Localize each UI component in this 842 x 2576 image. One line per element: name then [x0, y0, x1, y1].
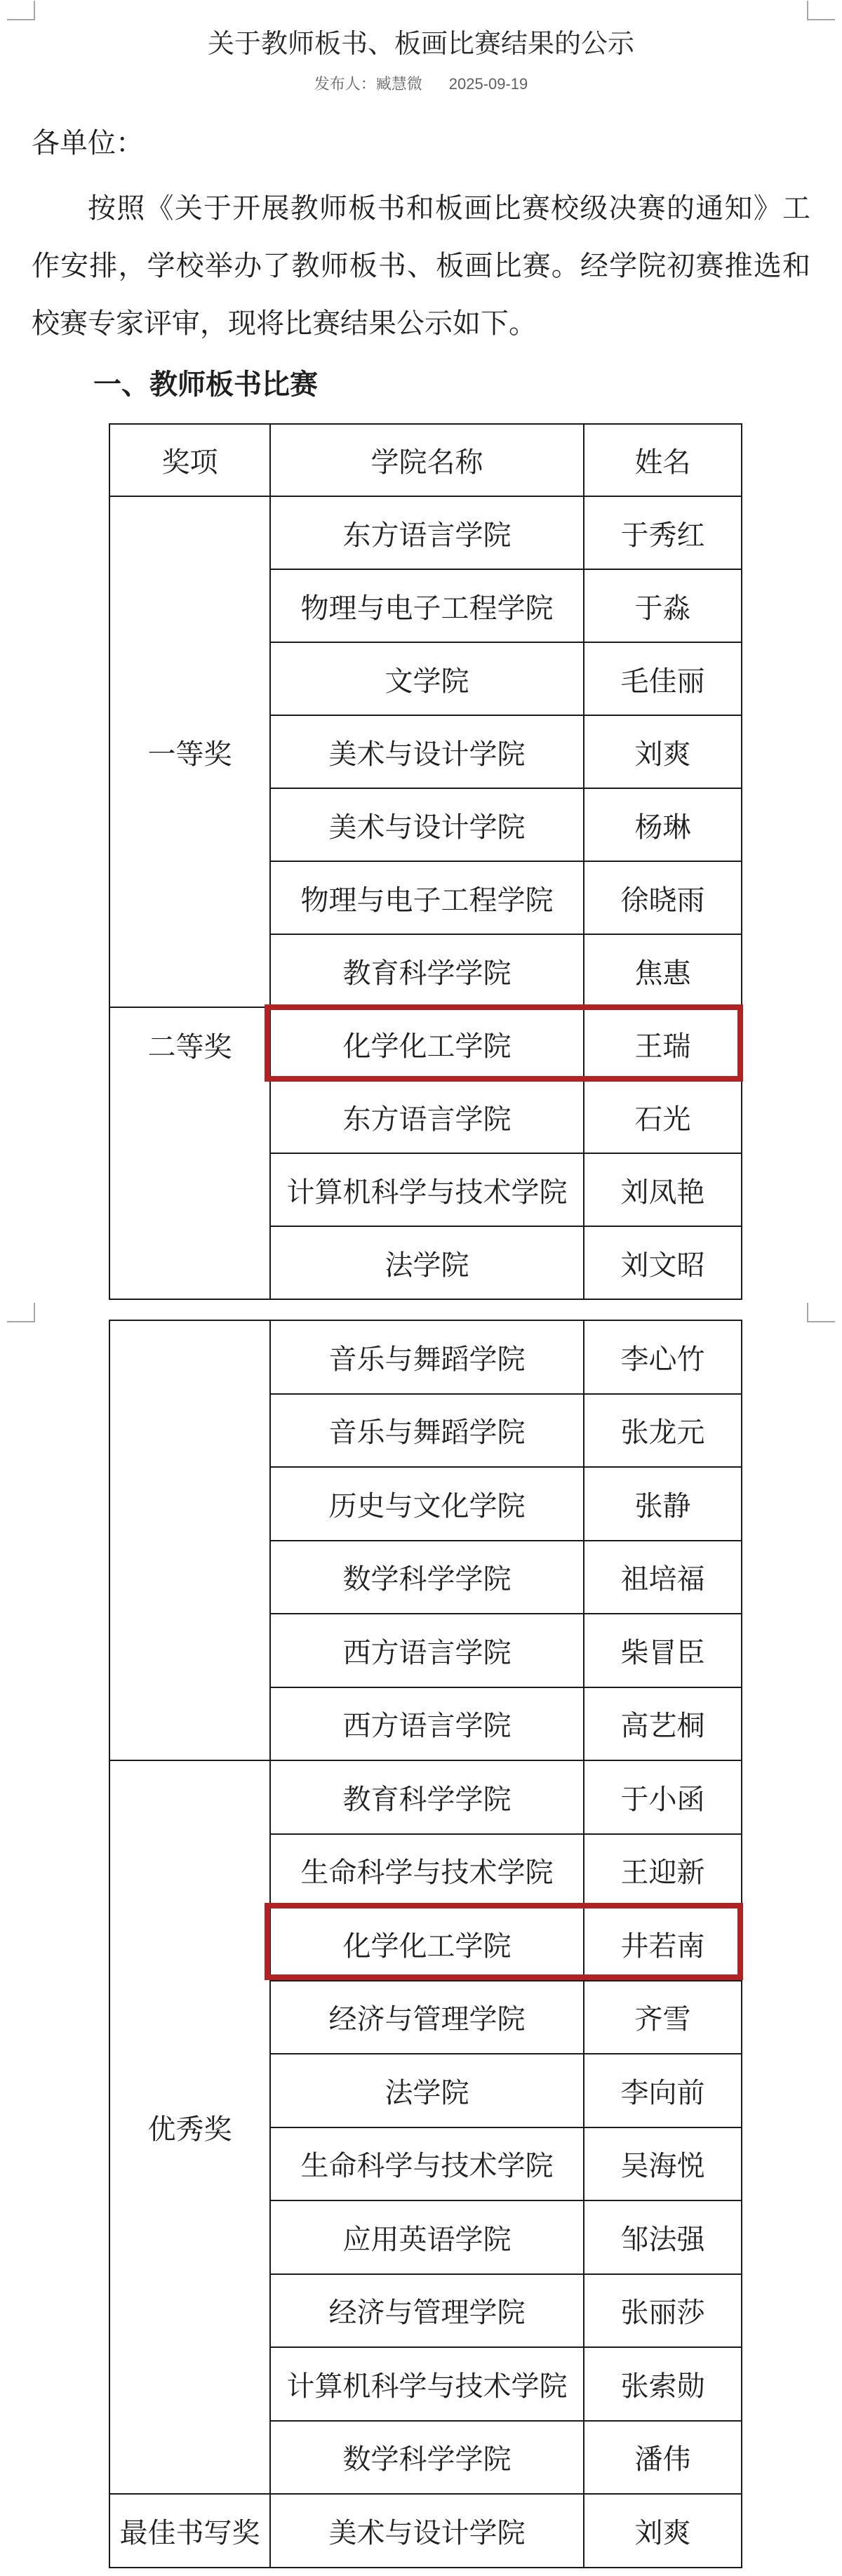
- college-cell: 文学院: [270, 642, 584, 715]
- college-cell: 应用英语学院: [270, 2200, 584, 2274]
- name-cell: 徐晓雨: [584, 861, 742, 934]
- table-header-cell: 姓名: [584, 424, 742, 496]
- name-cell: 张静: [584, 1467, 742, 1541]
- table-header-cell: 学院名称: [270, 424, 584, 496]
- name-cell: 刘凤艳: [584, 1153, 742, 1226]
- college-cell: 计算机科学与技术学院: [270, 1153, 584, 1226]
- college-cell: 物理与电子工程学院: [270, 861, 584, 934]
- award-cell: 优秀奖: [109, 1760, 270, 2494]
- page-corner-mark-top-right: [807, 1, 835, 20]
- name-cell: 齐雪: [584, 1981, 742, 2054]
- page-title: 关于教师板书、板画比赛结果的公示: [0, 24, 842, 65]
- name-cell: 王迎新: [584, 1834, 742, 1908]
- college-cell: 东方语言学院: [270, 1080, 584, 1153]
- name-cell: 祖培福: [584, 1541, 742, 1614]
- college-cell: 经济与管理学院: [270, 1981, 584, 2054]
- college-cell: 西方语言学院: [270, 1614, 584, 1687]
- body-paragraph-line: 作安排，学校举办了教师板书、板画比赛。经学院初赛推选和: [32, 237, 810, 295]
- name-cell: 刘爽: [584, 2494, 742, 2568]
- college-cell: 法学院: [270, 2054, 584, 2127]
- college-cell: 数学科学学院: [270, 2421, 584, 2495]
- document-page: 关于教师板书、板画比赛结果的公示 发布人：臧慧微2025-09-19 各单位： …: [0, 0, 842, 2576]
- college-cell: 音乐与舞蹈学院: [270, 1320, 584, 1394]
- name-cell: 张龙元: [584, 1394, 742, 1468]
- award-cell: [109, 1320, 270, 1760]
- name-cell: 毛佳丽: [584, 642, 742, 715]
- name-cell: 张丽莎: [584, 2274, 742, 2348]
- results-table-page2: 音乐与舞蹈学院李心竹音乐与舞蹈学院张龙元历史与文化学院张静数学科学学院祖培福西方…: [109, 1320, 742, 2568]
- name-cell: 石光: [584, 1080, 742, 1153]
- college-cell: 生命科学与技术学院: [270, 2127, 584, 2201]
- college-cell: 经济与管理学院: [270, 2274, 584, 2348]
- award-cell: 二等奖: [109, 1007, 270, 1299]
- award-cell: 一等奖: [109, 496, 270, 1007]
- name-cell: 杨琳: [584, 788, 742, 861]
- name-cell: 邹法强: [584, 2200, 742, 2274]
- page-corner-mark-top-left: [7, 1, 35, 20]
- table-row: 优秀奖教育科学学院于小函: [109, 1760, 742, 1834]
- college-cell: 计算机科学与技术学院: [270, 2347, 584, 2421]
- college-cell: 美术与设计学院: [270, 2494, 584, 2568]
- table-row: 音乐与舞蹈学院李心竹: [109, 1320, 742, 1394]
- college-cell: 化学化工学院: [270, 1907, 584, 1981]
- name-cell: 于小函: [584, 1760, 742, 1834]
- name-cell: 王瑞: [584, 1007, 742, 1080]
- table-header-cell: 奖项: [109, 424, 270, 496]
- table-row: 二等奖化学化工学院王瑞: [109, 1007, 742, 1080]
- college-cell: 历史与文化学院: [270, 1467, 584, 1541]
- body-paragraph-line: 按照《关于开展教师板书和板画比赛校级决赛的通知》工: [32, 180, 810, 237]
- college-cell: 音乐与舞蹈学院: [270, 1394, 584, 1468]
- page-corner-mark-break-right: [807, 1303, 835, 1322]
- salutation: 各单位：: [32, 121, 144, 165]
- college-cell: 教育科学学院: [270, 934, 584, 1007]
- page-corner-mark-break-left: [7, 1303, 35, 1322]
- publisher-name: 发布人：臧慧微: [314, 75, 422, 93]
- name-cell: 于淼: [584, 569, 742, 642]
- body-paragraph: 按照《关于开展教师板书和板画比赛校级决赛的通知》工 作安排，学校举办了教师板书、…: [32, 180, 810, 352]
- table-header-row: 奖项学院名称姓名: [109, 424, 742, 496]
- college-cell: 教育科学学院: [270, 1760, 584, 1834]
- name-cell: 李心竹: [584, 1320, 742, 1394]
- name-cell: 焦惠: [584, 934, 742, 1007]
- name-cell: 刘爽: [584, 715, 742, 788]
- name-cell: 吴海悦: [584, 2127, 742, 2201]
- section-heading: 一、教师板书比赛: [32, 362, 318, 407]
- name-cell: 张索勋: [584, 2347, 742, 2421]
- name-cell: 李向前: [584, 2054, 742, 2127]
- college-cell: 物理与电子工程学院: [270, 569, 584, 642]
- name-cell: 高艺桐: [584, 1687, 742, 1761]
- college-cell: 美术与设计学院: [270, 788, 584, 861]
- college-cell: 美术与设计学院: [270, 715, 584, 788]
- body-paragraph-line: 校赛专家评审，现将比赛结果公示如下。: [32, 295, 810, 352]
- name-cell: 于秀红: [584, 496, 742, 569]
- name-cell: 柴冒臣: [584, 1614, 742, 1687]
- name-cell: 潘伟: [584, 2421, 742, 2495]
- publish-date: 2025-09-19: [449, 75, 528, 93]
- name-cell: 井若南: [584, 1907, 742, 1981]
- college-cell: 生命科学与技术学院: [270, 1834, 584, 1908]
- college-cell: 西方语言学院: [270, 1687, 584, 1761]
- table-row: 一等奖东方语言学院于秀红: [109, 496, 742, 569]
- award-cell: 最佳书写奖: [109, 2494, 270, 2568]
- publisher-line: 发布人：臧慧微2025-09-19: [0, 72, 842, 97]
- college-cell: 数学科学学院: [270, 1541, 584, 1614]
- table-row: 最佳书写奖美术与设计学院刘爽: [109, 2494, 742, 2568]
- name-cell: 刘文昭: [584, 1226, 742, 1299]
- college-cell: 东方语言学院: [270, 496, 584, 569]
- results-table-page1: 奖项学院名称姓名一等奖东方语言学院于秀红物理与电子工程学院于淼文学院毛佳丽美术与…: [109, 423, 742, 1300]
- college-cell: 法学院: [270, 1226, 584, 1299]
- college-cell: 化学化工学院: [270, 1007, 584, 1080]
